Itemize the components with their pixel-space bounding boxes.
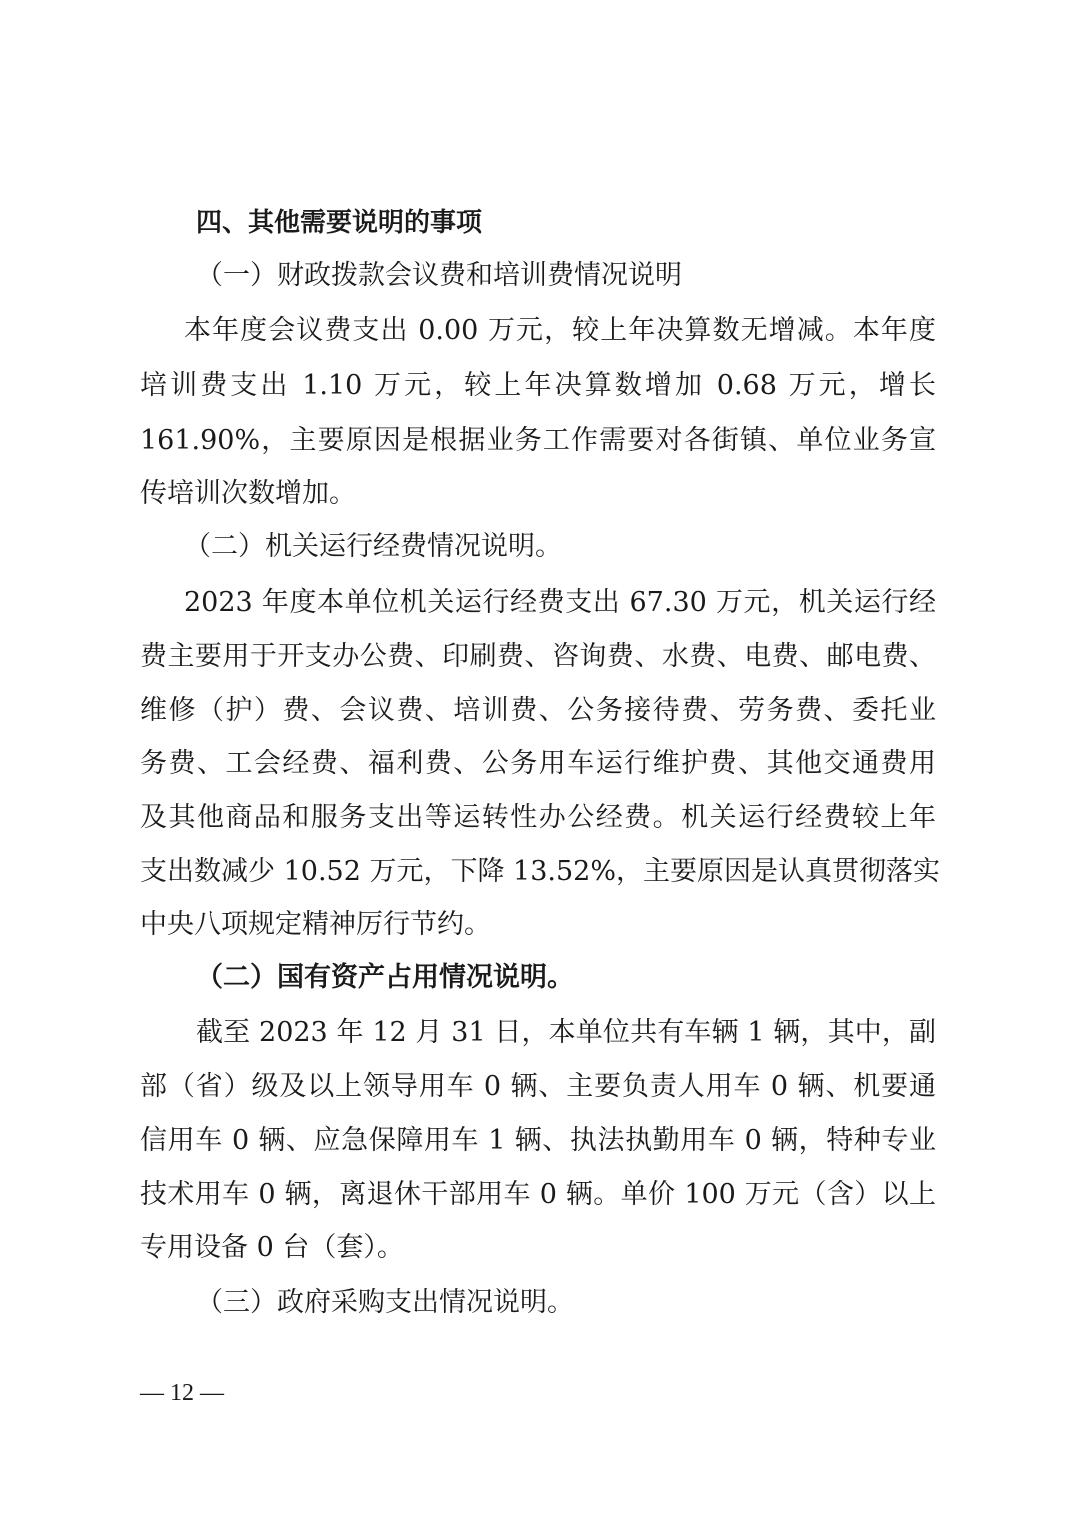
paragraph-line: 截至 2023 年 12 月 31 日，本单位共有车辆 1 辆，其中，副: [196, 1016, 936, 1050]
paragraph-line: 本年度会议费支出 0.00 万元，较上年决算数无增减。本年度: [184, 314, 936, 348]
paragraph-line: 专用设备 0 台（套）。: [140, 1231, 936, 1265]
subsection-heading-meeting-training: （一）财政拨款会议费和培训费情况说明: [196, 259, 682, 293]
paragraph-line: 费主要用于开支办公费、印刷费、咨询费、水费、电费、邮电费、: [140, 640, 936, 674]
paragraph-line: 务费、工会经费、福利费、公务用车运行维护费、其他交通费用: [140, 747, 936, 781]
document-page: 四、其他需要说明的事项 （一）财政拨款会议费和培训费情况说明 本年度会议费支出 …: [0, 0, 1074, 1520]
paragraph-line: 支出数减少 10.52 万元，下降 13.52%，主要原因是认真贯彻落实: [140, 855, 936, 889]
subsection-heading-procurement: （三）政府采购支出情况说明。: [196, 1286, 574, 1320]
section-title: 四、其他需要说明的事项: [196, 206, 482, 240]
paragraph-line: 161.90%，主要原因是根据业务工作需要对各街镇、单位业务宣: [140, 424, 936, 458]
paragraph-line: 信用车 0 辆、应急保障用车 1 辆、执法执勤用车 0 辆，特种专业: [140, 1124, 936, 1158]
paragraph-line: 传培训次数增加。: [140, 477, 936, 511]
paragraph-line: 技术用车 0 辆，离退休干部用车 0 辆。单价 100 万元（含）以上: [140, 1178, 936, 1212]
page-number: — 12 —: [140, 1378, 224, 1408]
paragraph-line: 维修（护）费、会议费、培训费、公务接待费、劳务费、委托业: [140, 694, 936, 728]
paragraph-line: 培训费支出 1.10 万元，较上年决算数增加 0.68 万元，增长: [140, 369, 936, 403]
subsection-heading-operating-costs: （二）机关运行经费情况说明。: [184, 530, 562, 564]
paragraph-line: 及其他商品和服务支出等运转性办公经费。机关运行经费较上年: [140, 801, 936, 835]
subsection-heading-state-assets: （二）国有资产占用情况说明。: [196, 961, 574, 995]
paragraph-line: 中央八项规定精神厉行节约。: [140, 908, 936, 942]
paragraph-line: 2023 年度本单位机关运行经费支出 67.30 万元，机关运行经: [184, 586, 936, 620]
paragraph-line: 部（省）级及以上领导用车 0 辆、主要负责人用车 0 辆、机要通: [140, 1070, 936, 1104]
